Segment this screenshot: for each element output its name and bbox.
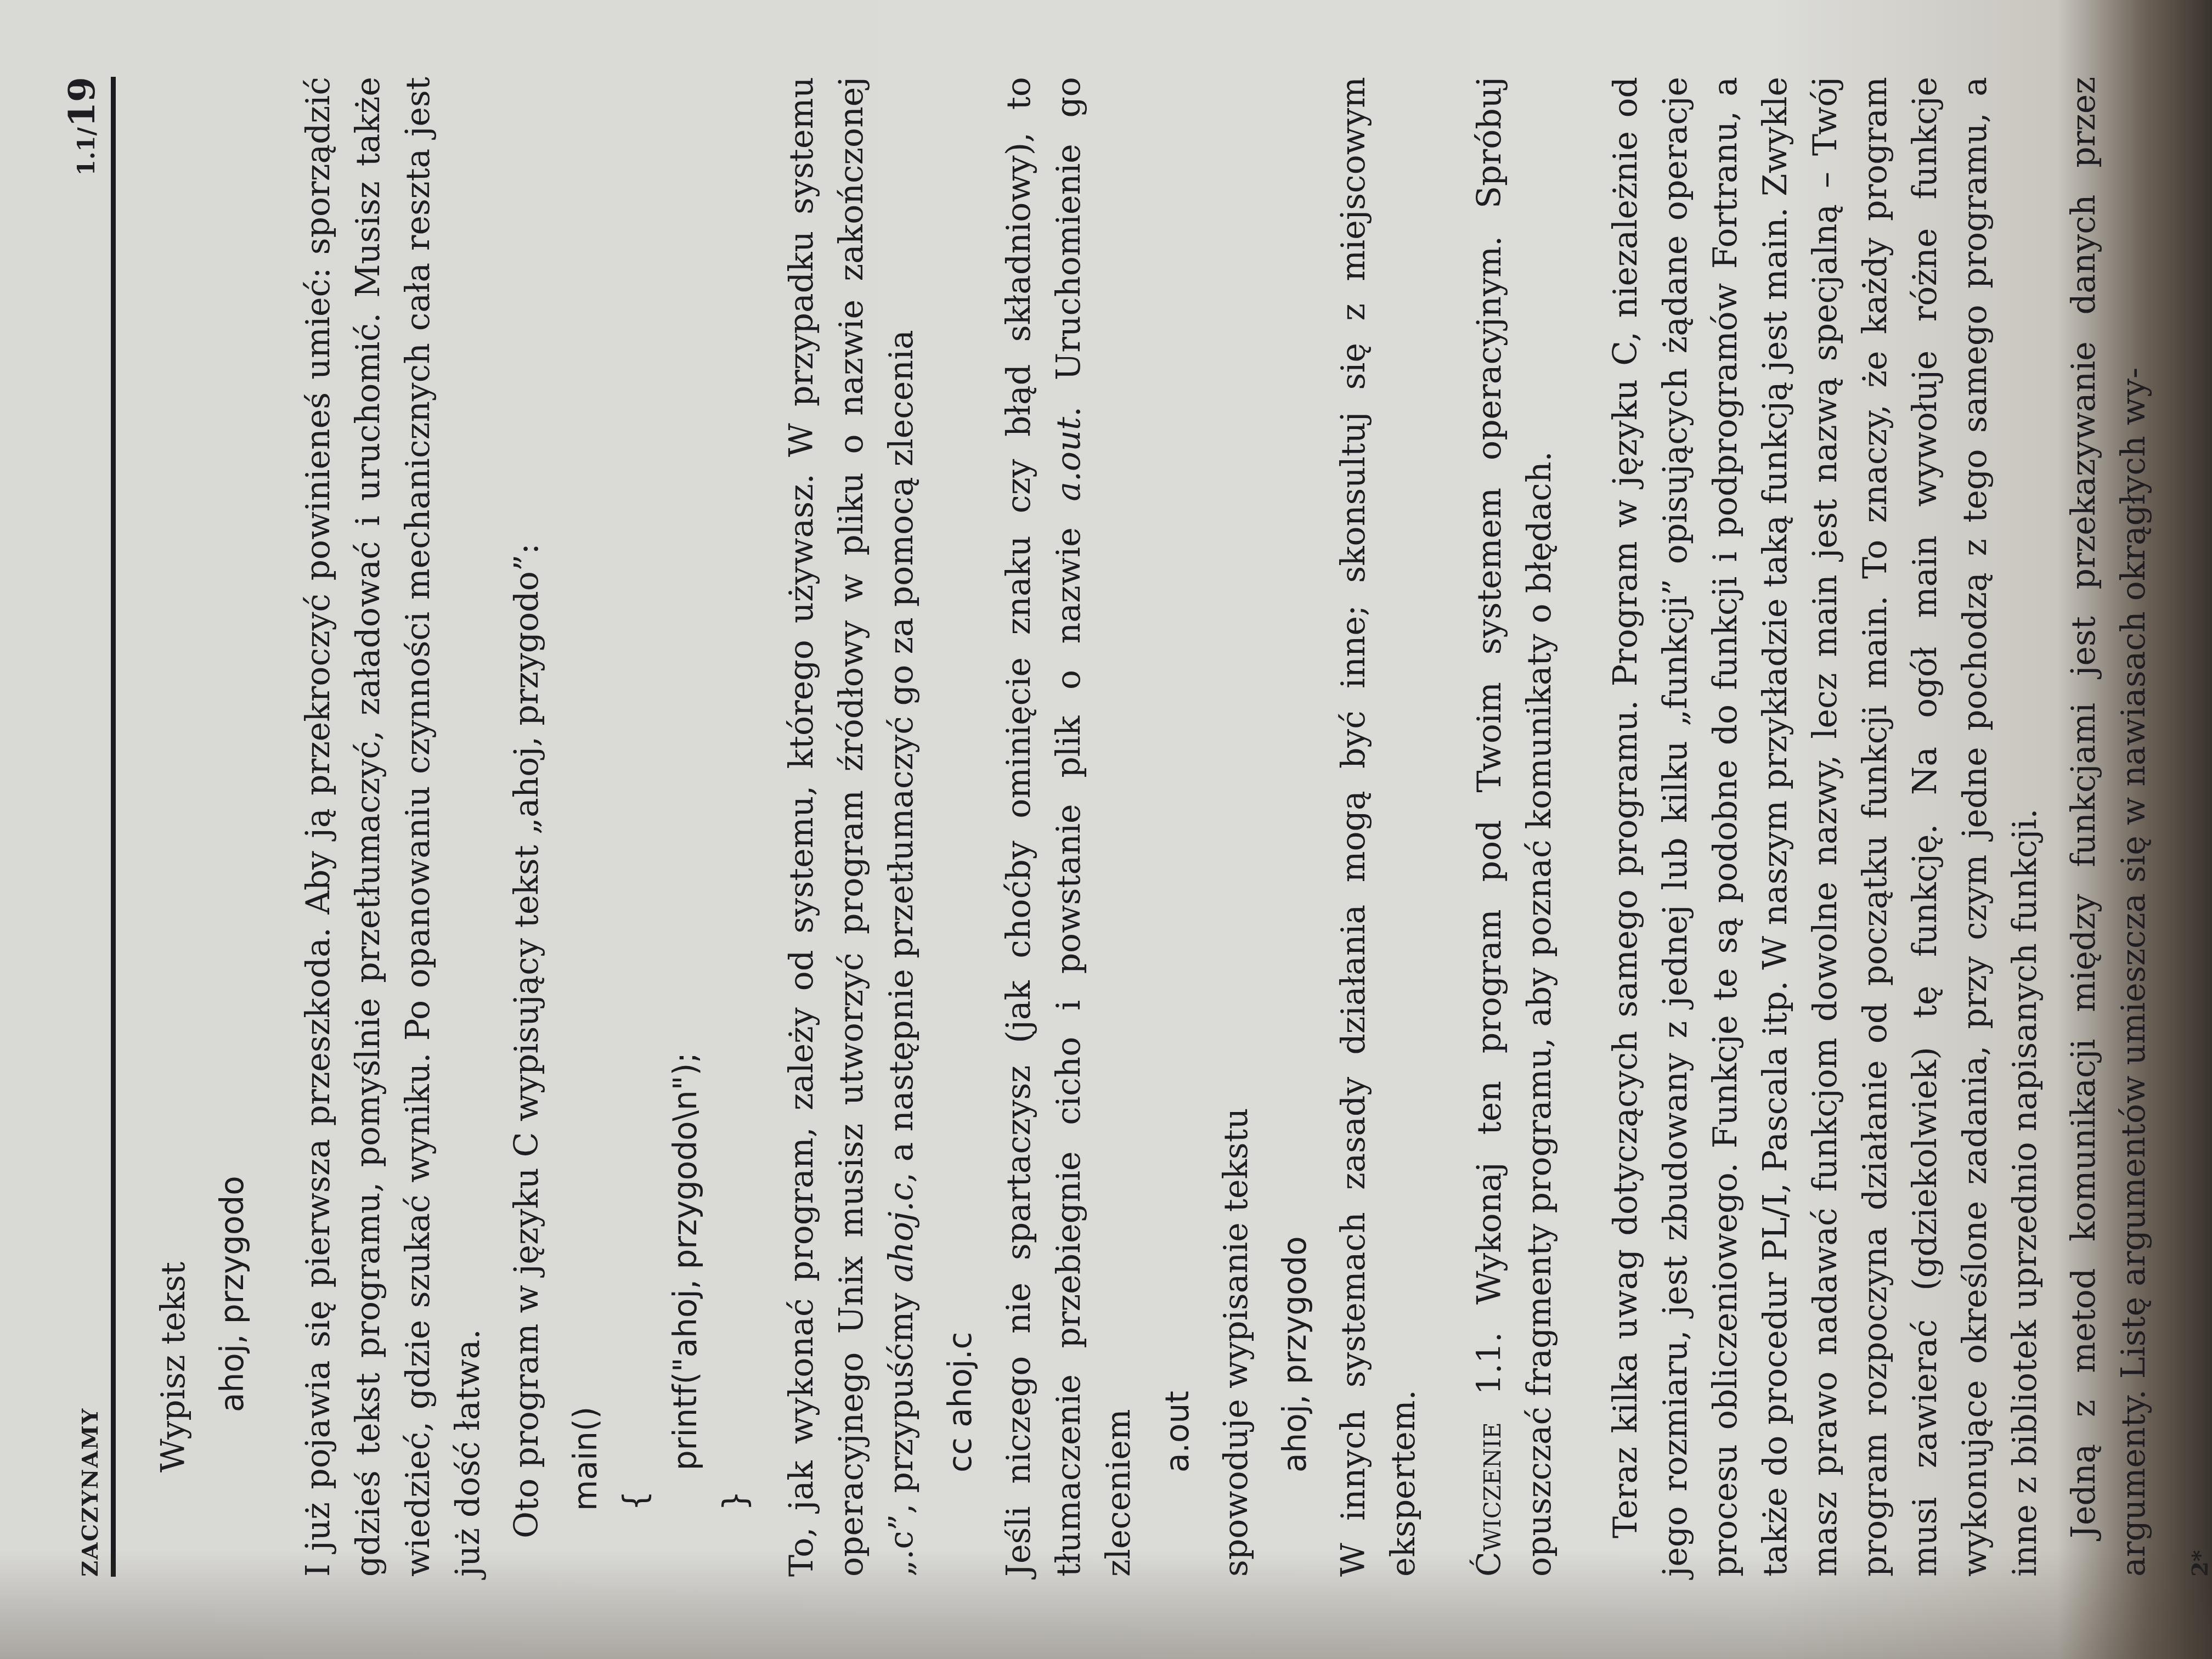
paragraph: Jeśli niczego nie spartaczysz (jak choćb…	[994, 77, 1144, 1577]
signature-mark: 2*	[2175, 77, 2212, 1577]
paragraph: Oto program w języku C wypisujący tekst …	[502, 77, 552, 1577]
page-number: 1.1/19	[60, 77, 103, 176]
exercise: Ćwiczenie 1.1. Wykonaj ten program pod T…	[1465, 77, 1565, 1577]
book-page: ZACZYNAMY 1.1/19 Wypisz tekst ahoj, przy…	[0, 0, 2212, 1659]
page-content: Wypisz tekst ahoj, przygodo I już pojawi…	[149, 77, 2212, 1577]
intro-output: ahoj, przygodo	[207, 77, 257, 1577]
running-head: ZACZYNAMY 1.1/19	[60, 77, 116, 1577]
intro-line: Wypisz tekst	[149, 77, 199, 1577]
paragraph: Teraz kilka uwag dotyczących samego prog…	[1601, 77, 2050, 1577]
code-listing: main() { printf("ahoj, przygodo\n"); }	[561, 77, 760, 1577]
paragraph: spowoduje wypisanie tekstu	[1211, 77, 1261, 1577]
run-command: a.out	[1153, 77, 1203, 1577]
program-output: ahoj, przygodo	[1270, 77, 1320, 1577]
paragraph: W innych systemach zasady działania mogą…	[1329, 77, 1429, 1577]
paragraph: I już pojawia się pierwsza przeszkoda. A…	[294, 77, 493, 1577]
section-title: ZACZYNAMY	[77, 1408, 103, 1577]
paragraph: To, jak wykonać program, zależy od syste…	[777, 77, 927, 1577]
compile-command: cc ahoj.c	[935, 77, 985, 1577]
paragraph: Jedną z metod komunikacji między funkcja…	[2059, 77, 2159, 1577]
